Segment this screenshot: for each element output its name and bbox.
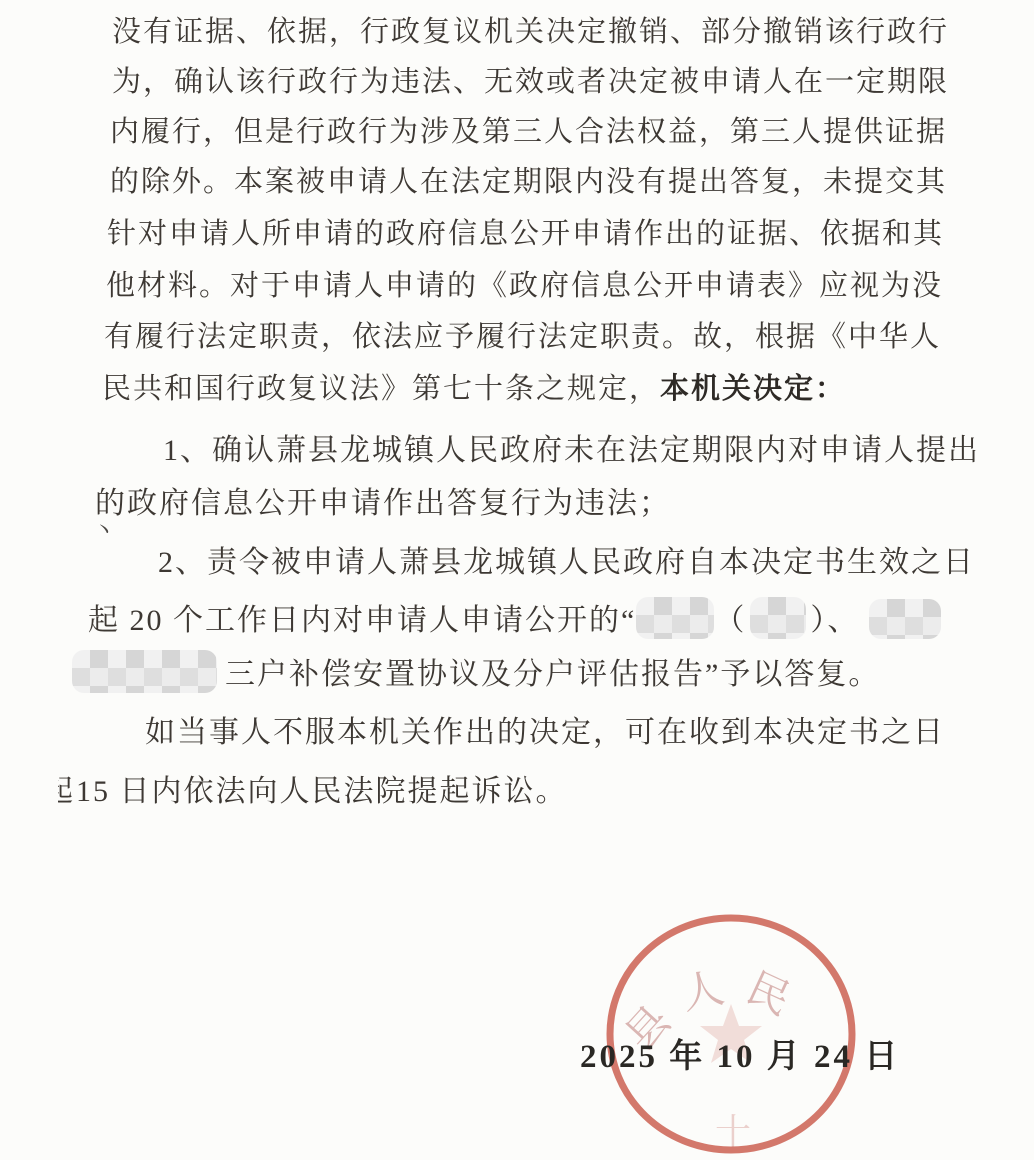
- body-text-line: 民共和国行政复议法》第七十条之规定，本机关决定：: [102, 369, 846, 409]
- document-date: 2025 年 10 月 24 日: [580, 1030, 900, 1077]
- redaction-blur: [869, 599, 941, 639]
- body-text-segment: 15 日内依法向人民法院提起诉讼。: [76, 775, 568, 808]
- redaction-blur: [750, 597, 806, 639]
- body-text-line: 没有证据、依据，行政复议机关决定撤销、部分撤销该行政行: [112, 12, 949, 52]
- body-text-line: 有履行法定职责，依法应予履行法定职责。故，根据《中华人: [104, 317, 941, 357]
- closing-line-2: 起15 日内依法向人民法院提起诉讼。: [58, 772, 568, 812]
- redaction-blur: [636, 597, 714, 639]
- decision-item-2-line-2: 起 20 个工作日内对申请人申请公开的“（）、: [88, 597, 941, 641]
- body-text-segment: 起 20 个工作日内对申请人申请公开的“: [88, 604, 636, 637]
- decision-item-2-line-3: 三户补偿安置协议及分户评估报告”予以答复。: [72, 650, 880, 695]
- body-text-line: 为，确认该行政行为违法、无效或者决定被申请人在一定期限: [112, 62, 949, 102]
- redaction-blur: [72, 650, 217, 693]
- seal-cross-mark: 十: [715, 1112, 751, 1152]
- paren-close: ）、: [810, 604, 859, 637]
- scanned-decision-document: 没有证据、依据，行政复议机关决定撤销、部分撤销该行政行 为，确认该行政行为违法、…: [0, 0, 1034, 1160]
- body-text-segment: 三户补偿安置协议及分户评估报告”予以答复。: [225, 658, 880, 691]
- closing-line-1: 如当事人不服本机关作出的决定，可在收到本决定书之日: [145, 713, 945, 753]
- body-text-line: 他材料。对于申请人申请的《政府信息公开申请表》应视为没: [106, 266, 943, 306]
- stray-ink-mark: 丶: [93, 514, 115, 545]
- clipped-edge-character: 起: [58, 772, 76, 812]
- body-text-line: 的除外。本案被申请人在法定期限内没有提出答复，未提交其: [110, 162, 947, 202]
- paren-open: （: [714, 604, 746, 637]
- body-text-line: 针对申请人所申请的政府信息公开申请作出的证据、依据和其: [107, 214, 944, 254]
- decision-item-1-line-2: 的政府信息公开申请作出答复行为违法；: [95, 484, 671, 524]
- decision-item-2-line-1: 2、责令被申请人萧县龙城镇人民政府自本决定书生效之日: [158, 543, 975, 583]
- decision-item-1-line-1: 1、确认萧县龙城镇人民政府未在法定期限内对申请人提出: [163, 431, 980, 471]
- body-text-segment: 民共和国行政复议法》第七十条之规定，: [102, 373, 660, 405]
- body-text-line: 内履行，但是行政行为涉及第三人合法权益，第三人提供证据: [110, 112, 947, 152]
- decision-lead-in-bold: 本机关决定：: [660, 373, 846, 405]
